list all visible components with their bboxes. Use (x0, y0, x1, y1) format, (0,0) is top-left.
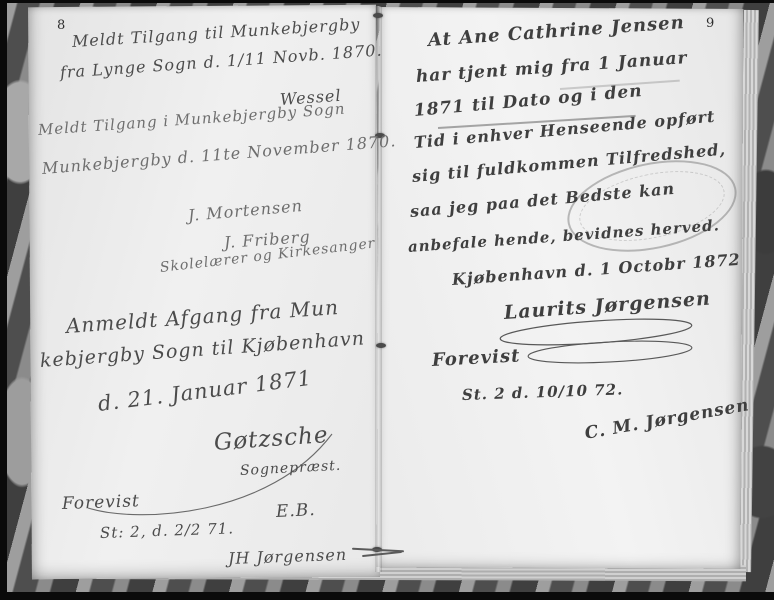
cover-edge-top (0, 0, 774, 3)
cover-edge-left (0, 0, 7, 600)
cover-edge-bottom (0, 592, 774, 600)
scanned-book-spread: 8 Meldt Tilgang til Munkebjergby fra Lyn… (0, 0, 774, 600)
handwriting-line: E.B. (275, 500, 316, 522)
binding-seam (375, 6, 382, 572)
right-page-number: 9 (706, 16, 714, 31)
binding-stitch (373, 13, 383, 18)
handwriting-line: Forevist (62, 491, 141, 514)
binding-stitch (376, 343, 386, 348)
signature-flourish (488, 316, 708, 372)
left-page-number: 8 (57, 18, 65, 33)
